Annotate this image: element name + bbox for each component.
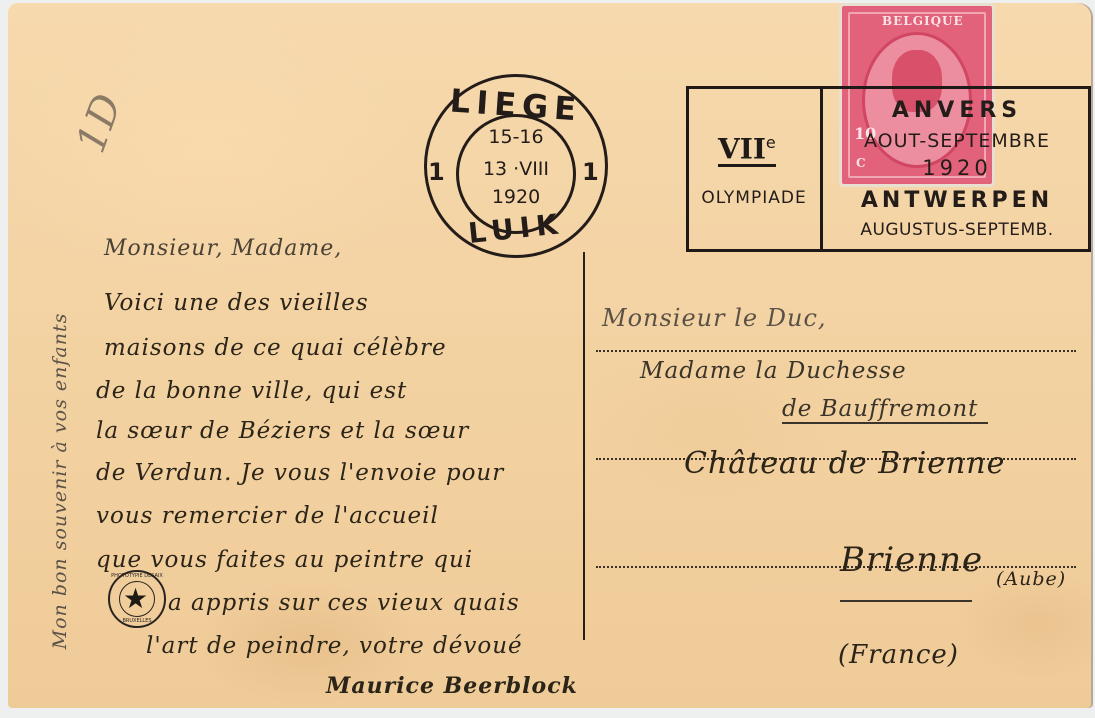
- publisher-seal: ★ PHOTOTYPIE DESAIX BRUXELLES: [108, 570, 166, 628]
- message-line: a appris sur ces vieux quais: [168, 590, 520, 616]
- slogan-months-nl: AUGUSTUS-SEPTEMB.: [826, 220, 1088, 240]
- address-recipient-1: Monsieur le Duc,: [602, 304, 827, 332]
- olympiade-label: OLYMPIADE: [690, 188, 818, 208]
- address-department: (Aube): [996, 568, 1066, 590]
- edition-numeral: VII: [718, 132, 766, 165]
- message-line: vous remercier de l'accueil: [96, 503, 439, 529]
- margin-note: Mon bon souvenir à vos enfants: [49, 301, 71, 661]
- message-line: l'art de peindre, votre dévoué: [146, 633, 523, 659]
- message-line: la sœur de Béziers et la sœur: [96, 418, 469, 444]
- address-recipient-2: Madame la Duchesse: [640, 358, 907, 384]
- message-line: que vous faites au peintre qui: [96, 547, 473, 573]
- message-line: Voici une des vieilles: [104, 290, 369, 316]
- postmark-office-right: 1: [582, 158, 599, 186]
- center-divider: [583, 252, 585, 640]
- message-signature: Maurice Beerblock: [326, 673, 578, 699]
- address-country: (France): [838, 640, 959, 670]
- slogan-year: 1920: [826, 156, 1088, 180]
- olympiade-edition: VIIe: [718, 128, 776, 167]
- edition-suffix: e: [766, 133, 776, 152]
- olympiade-cancel-divider: [820, 86, 823, 252]
- address-city-underline: [840, 600, 972, 602]
- postmark-year: 1920: [456, 186, 576, 208]
- slogan-months-fr: AOUT-SEPTEMBRE: [826, 130, 1088, 152]
- message-line: maisons de ce quai célèbre: [104, 335, 447, 361]
- address-recipient-3: de Bauffremont: [782, 396, 988, 424]
- publisher-city: BRUXELLES: [108, 618, 166, 624]
- publisher-name: PHOTOTYPIE DESAIX: [108, 573, 166, 579]
- postmark-hours: 15-16: [456, 126, 576, 148]
- message-salutation: Monsieur, Madame,: [104, 236, 342, 261]
- address-chateau: Château de Brienne: [684, 446, 1005, 481]
- slogan-city-nl: ANTWERPEN: [826, 188, 1088, 213]
- postmark-date: 13 ·VIII: [456, 158, 576, 180]
- star-icon: ★: [123, 583, 148, 615]
- stamp-country: BELGIQUE: [882, 14, 964, 28]
- postmark-office-left: 1: [428, 158, 445, 186]
- address-line-1: [596, 350, 1076, 352]
- slogan-city-fr: ANVERS: [826, 98, 1088, 123]
- message-line: de Verdun. Je vous l'envoie pour: [96, 460, 504, 486]
- address-city: Brienne: [840, 540, 983, 580]
- message-line: de la bonne ville, qui est: [96, 378, 407, 404]
